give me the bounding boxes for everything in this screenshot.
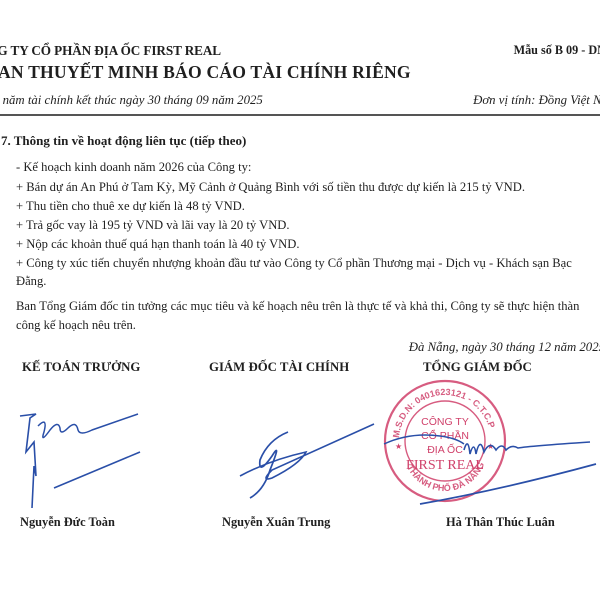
signer-name-finance-director: Nguyễn Xuân Trung [222, 515, 330, 530]
plan-item: + Bán dự án An Phú ở Tam Kỳ, Mỹ Cảnh ở Q… [16, 180, 525, 195]
signer-name-chief-accountant: Nguyễn Đức Toàn [20, 515, 115, 530]
signer-name-general-director: Hà Thân Thúc Luân [446, 515, 555, 530]
section-heading: 7. Thông tin về hoạt động liên tục (tiếp… [1, 133, 246, 149]
role-finance-director: GIÁM ĐỐC TÀI CHÍNH [209, 360, 349, 375]
role-chief-accountant: KẾ TOÁN TRƯỞNG [22, 360, 140, 375]
document-title: AN THUYẾT MINH BÁO CÁO TÀI CHÍNH RIÊNG [0, 62, 411, 83]
signature-chief-accountant-icon [0, 390, 200, 520]
plan-item-continued: Đằng. [16, 274, 46, 289]
signature-finance-director-icon [200, 400, 380, 520]
plan-item: + Nộp các khoản thuế quá hạn thanh toán … [16, 237, 300, 252]
plan-item: + Công ty xúc tiến chuyển nhượng khoản đ… [16, 256, 572, 271]
plan-item: + Thu tiền cho thuê xe dự kiến là 48 tỷ … [16, 199, 245, 214]
form-code: Mẫu số B 09 - DN [514, 43, 600, 58]
reporting-period: o năm tài chính kết thúc ngày 30 tháng 0… [0, 93, 263, 108]
company-name: NG TY CỔ PHẦN ĐỊA ỐC FIRST REAL [0, 43, 221, 59]
header-divider [0, 114, 600, 116]
role-general-director: TỔNG GIÁM ĐỐC [423, 360, 532, 375]
plan-intro: - Kế hoạch kinh doanh năm 2026 của Công … [16, 160, 251, 175]
place-date: Đà Nẵng, ngày 30 tháng 12 năm 2025 [409, 340, 600, 355]
management-statement-continued: công kế hoạch nêu trên. [16, 318, 136, 333]
signature-general-director-icon [360, 400, 600, 520]
plan-item: + Trả gốc vay là 195 tỷ VND và lãi vay l… [16, 218, 290, 233]
currency-unit: Đơn vị tính: Đồng Việt Na [473, 93, 600, 108]
management-statement: Ban Tổng Giám đốc tin tưởng các mục tiêu… [16, 299, 579, 314]
